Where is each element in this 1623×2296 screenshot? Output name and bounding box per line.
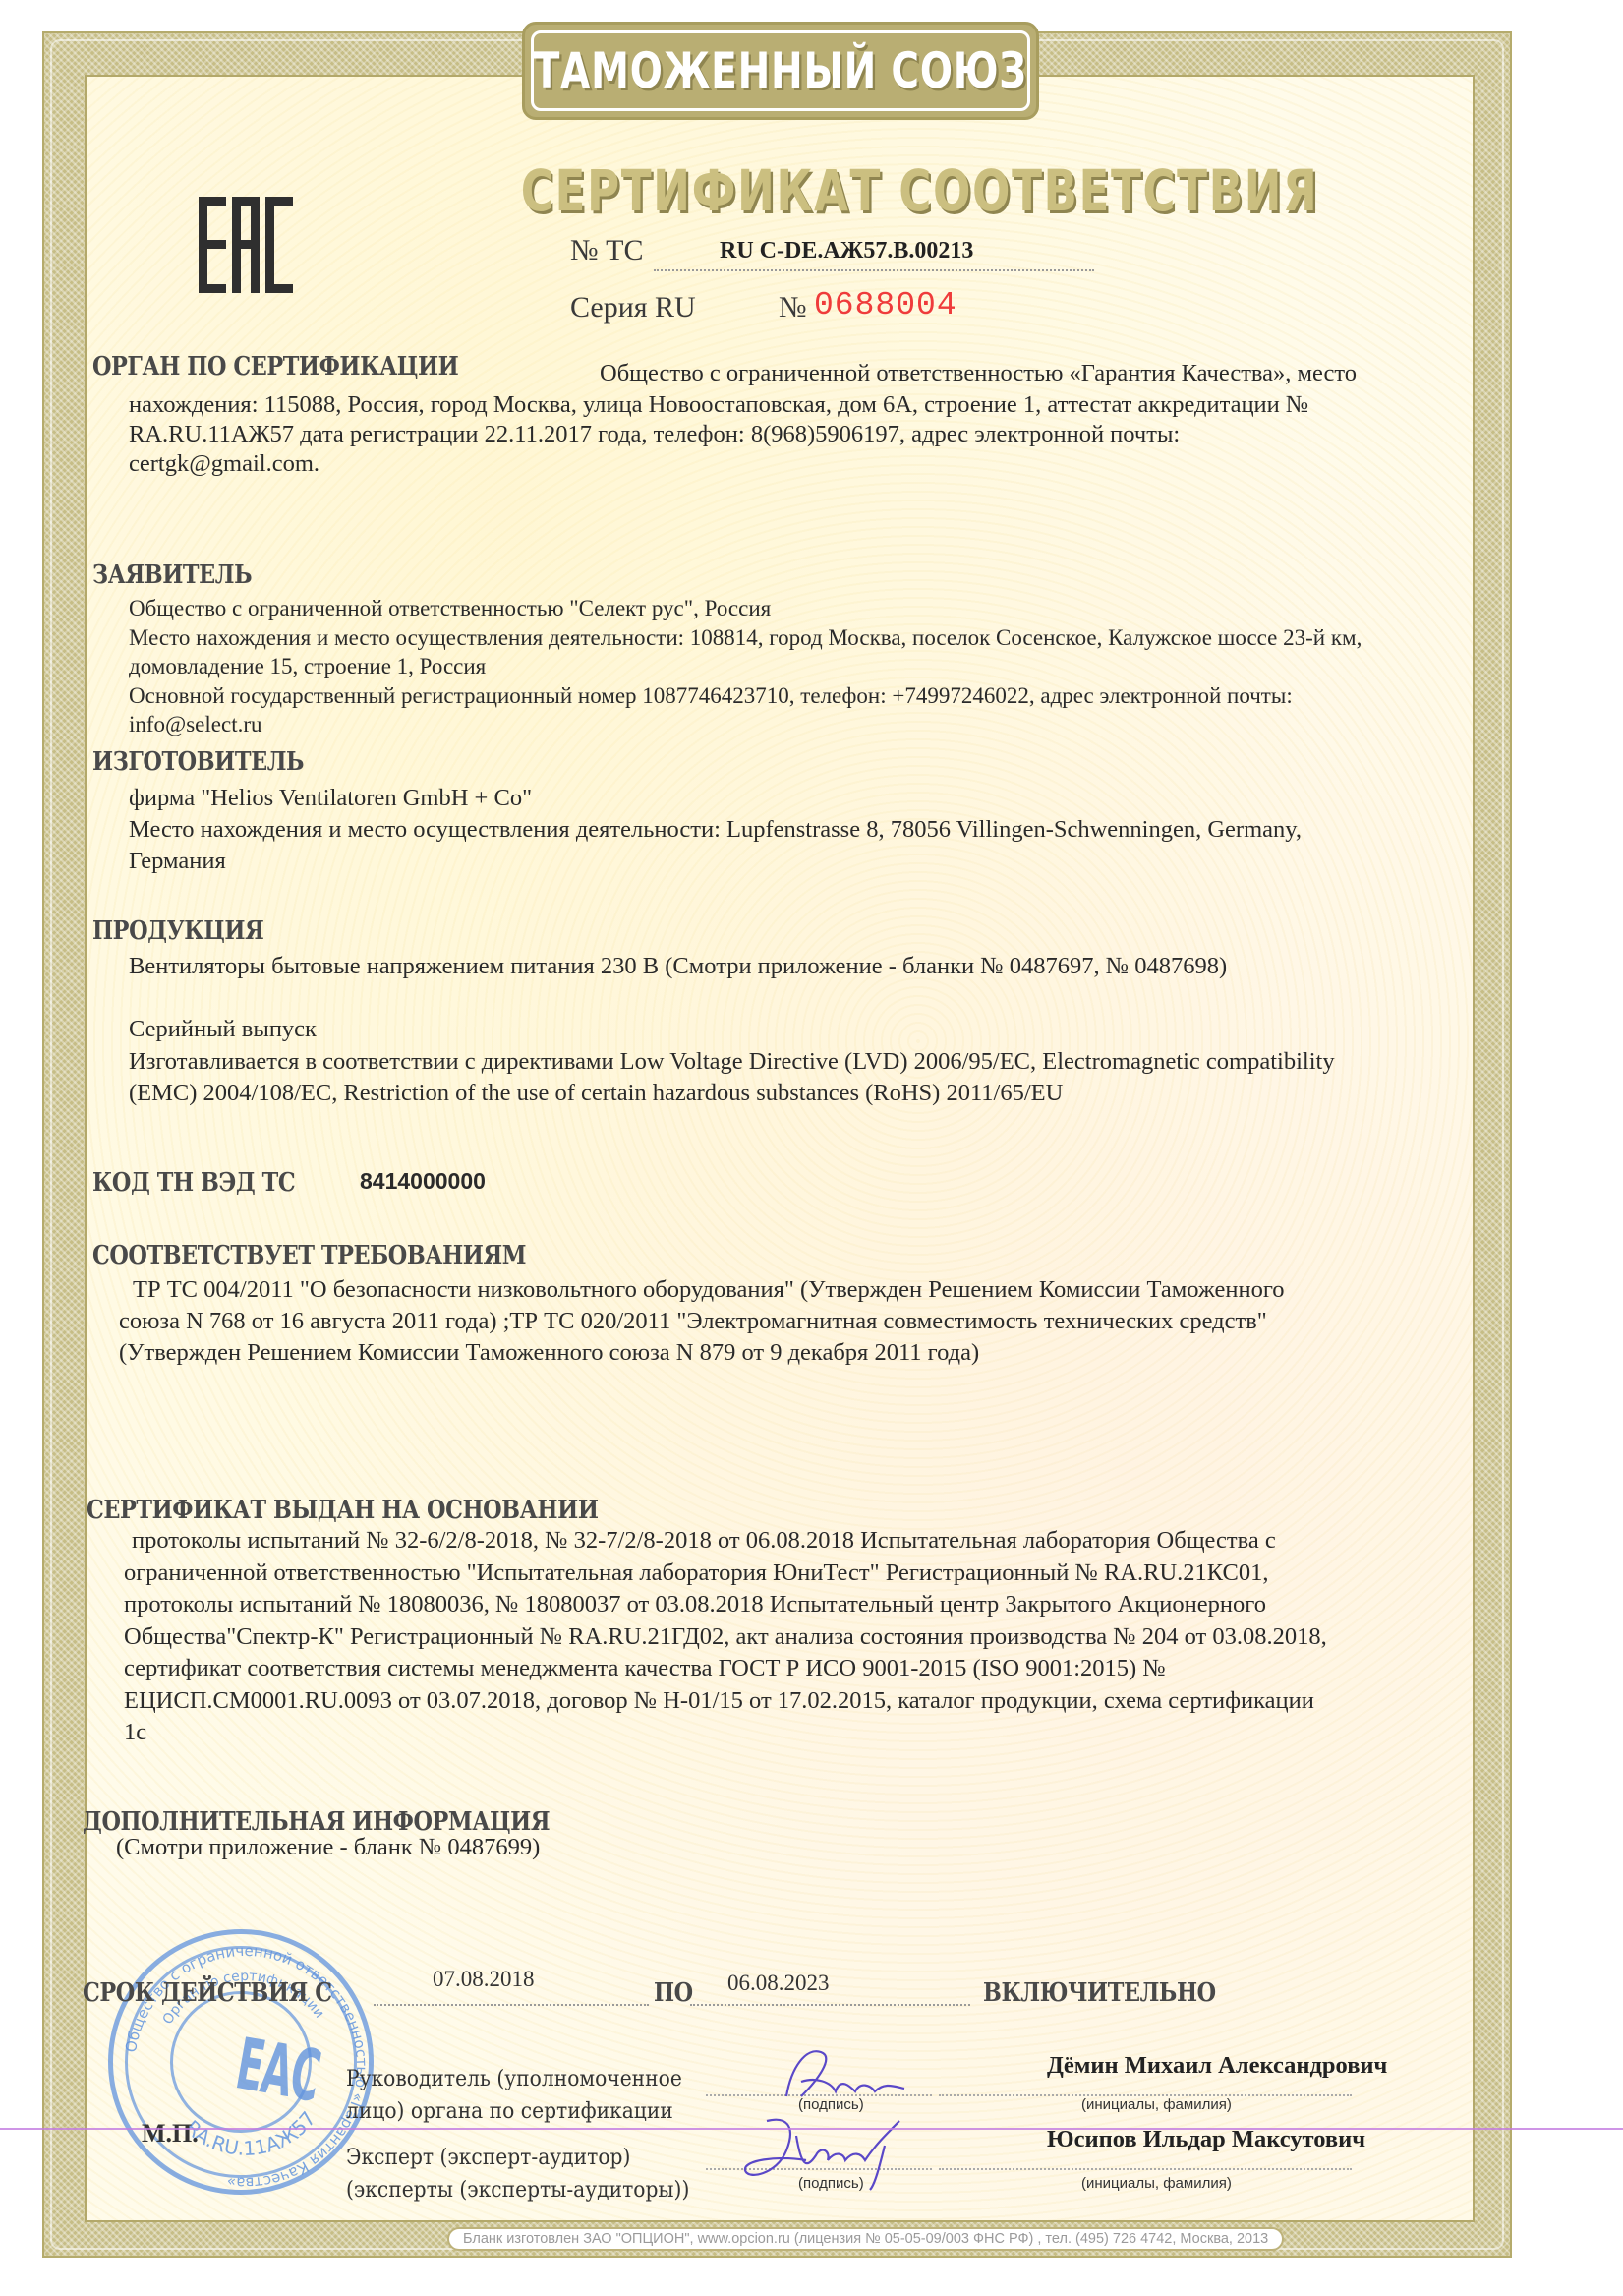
certification-body-heading: ОРГАН ПО СЕРТИФИКАЦИИ [92,352,458,382]
basis-line: протоколы испытаний № 32-6/2/8-2018, № 3… [124,1525,1327,1558]
head-signature [747,2037,924,2116]
head-role: Руководитель (уполномоченное лицо) орган… [346,2063,682,2128]
series-number: 0688004 [814,287,957,324]
scan-artifact-line [0,2128,1623,2130]
certification-body-line-2: нахождения: 115088, Россия, город Москва… [129,390,1308,420]
manufacturer-heading: ИЗГОТОВИТЕЛЬ [92,747,304,777]
expert-name-caption: (инициалы, фамилия) [1081,2175,1232,2192]
certificate-number-underline [654,269,1094,271]
head-role-line: Руководитель (уполномоченное [346,2063,682,2095]
applicant-heading: ЗАЯВИТЕЛЬ [92,560,252,590]
applicant-text: Общество с ограниченной ответственностью… [129,594,1362,739]
manufacturer-text: фирма "Helios Ventilatoren GmbH + Co" Ме… [129,783,1302,877]
applicant-line: info@select.ru [129,710,1362,739]
requirement-line: ТР ТС 004/2011 "О безопасности низковоль… [119,1274,1285,1306]
basis-line: протоколы испытаний № 18080036, № 180800… [124,1589,1327,1621]
series-label: Серия RU [570,291,696,324]
product-heading: ПРОДУКЦИЯ [92,916,263,946]
product-description: Вентиляторы бытовые напряжением питания … [129,952,1227,981]
product-directives: Изготавливается в соответствии с директи… [129,1046,1335,1109]
directive-line: Изготавливается в соответствии с директи… [129,1046,1335,1078]
validity-from-date: 07.08.2018 [433,1967,535,1992]
series-number-symbol: № [779,291,807,324]
validity-inclusive-label: ВКЛЮЧИТЕЛЬНО [983,1978,1216,2008]
validity-from-label: СРОК ДЕЙСТВИЯ С [83,1978,332,2008]
basis-line: сертификат соответствия системы менеджме… [124,1653,1327,1685]
manufacturer-line: Место нахождения и место осуществления д… [129,814,1302,846]
eac-letter-c [265,197,293,293]
certification-stamp: Общество с ограниченной ответственностью… [108,1929,374,2195]
expert-role-line: (эксперты (эксперты-аудиторы)) [346,2174,689,2207]
directive-line: (EMC) 2004/108/EC, Restriction of the us… [129,1078,1335,1109]
requirement-line: союза N 768 от 16 августа 2011 года) ;ТР… [119,1306,1285,1337]
eac-letter-a [232,197,260,293]
manufacturer-line: Германия [129,846,1302,877]
validity-from-line [374,2004,649,2006]
validity-to-label: ПО [654,1978,693,2008]
applicant-line: Основной государственный регистрационный… [129,681,1362,711]
applicant-line: домовладение 15, строение 1, Россия [129,652,1362,681]
head-name-caption: (инициалы, фамилия) [1081,2096,1232,2113]
certification-body-line-1: Общество с ограниченной ответственностью… [600,359,1357,388]
expert-role: Эксперт (эксперт-аудитор) (эксперты (экс… [346,2142,689,2207]
requirement-line: (Утвержден Решением Комиссии Таможенного… [119,1337,1285,1369]
document-title: СЕРТИФИКАТ СООТВЕТСТВИЯ [521,157,1042,224]
requirements-heading: СООТВЕТСТВУЕТ ТРЕБОВАНИЯМ [92,1241,526,1270]
head-name: Дёмин Михаил Александрович [1047,2052,1387,2080]
seal-place-label: М.П. [142,2119,199,2149]
hs-code-value: 8414000000 [360,1168,486,1195]
certificate-number-label: № ТС [570,234,643,267]
manufacturer-line: фирма "Helios Ventilatoren GmbH + Co" [129,783,1302,814]
basis-text: протоколы испытаний № 32-6/2/8-2018, № 3… [124,1525,1327,1749]
certification-body-line-4: certgk@gmail.com. [129,449,1308,479]
stamp-eac-logo-icon: ЕАС [230,2022,325,2117]
certification-body-text: нахождения: 115088, Россия, город Москва… [129,390,1308,479]
expert-name: Юсипов Ильдар Максутович [1047,2126,1365,2153]
basis-line: ограниченной ответственностью "Испытател… [124,1558,1327,1590]
basis-line: 1с [124,1717,1327,1749]
requirements-text: ТР ТС 004/2011 "О безопасности низковоль… [119,1274,1285,1369]
basis-line: Общества"Спектр-К" Регистрационный № RA.… [124,1621,1327,1654]
certification-body-line-3: RA.RU.11АЖ57 дата регистрации 22.11.2017… [129,420,1308,449]
basis-heading: СЕРТИФИКАТ ВЫДАН НА ОСНОВАНИИ [87,1496,599,1525]
hs-code-heading: КОД ТН ВЭД ТС [92,1168,295,1198]
expert-signature [737,2106,934,2195]
basis-line: ЕЦИСП.СМ0001.RU.0093 от 03.07.2018, дого… [124,1685,1327,1718]
additional-info-text: (Смотри приложение - бланк № 0487699) [116,1833,540,1862]
expert-name-line [939,2168,1352,2170]
production-type: Серийный выпуск [129,1015,317,1044]
customs-union-banner: ТАМОЖЕННЫЙ СОЮЗ [522,22,1039,120]
eac-letter-e [199,197,226,293]
certificate-number: RU C-DE.АЖ57.В.00213 [720,238,973,265]
expert-role-line: Эксперт (эксперт-аудитор) [346,2142,689,2174]
form-imprint: Бланк изготовлен ЗАО "ОПЦИОН", www.opcio… [447,2227,1284,2251]
banner-text: ТАМОЖЕННЫЙ СОЮЗ [534,42,1027,99]
applicant-line: Место нахождения и место осуществления д… [129,623,1362,653]
applicant-line: Общество с ограниченной ответственностью… [129,594,1362,623]
validity-to-date: 06.08.2023 [727,1971,830,1996]
head-role-line: лицо) органа по сертификации [346,2095,682,2128]
eac-logo-icon [199,197,297,293]
validity-to-line [690,2004,970,2006]
